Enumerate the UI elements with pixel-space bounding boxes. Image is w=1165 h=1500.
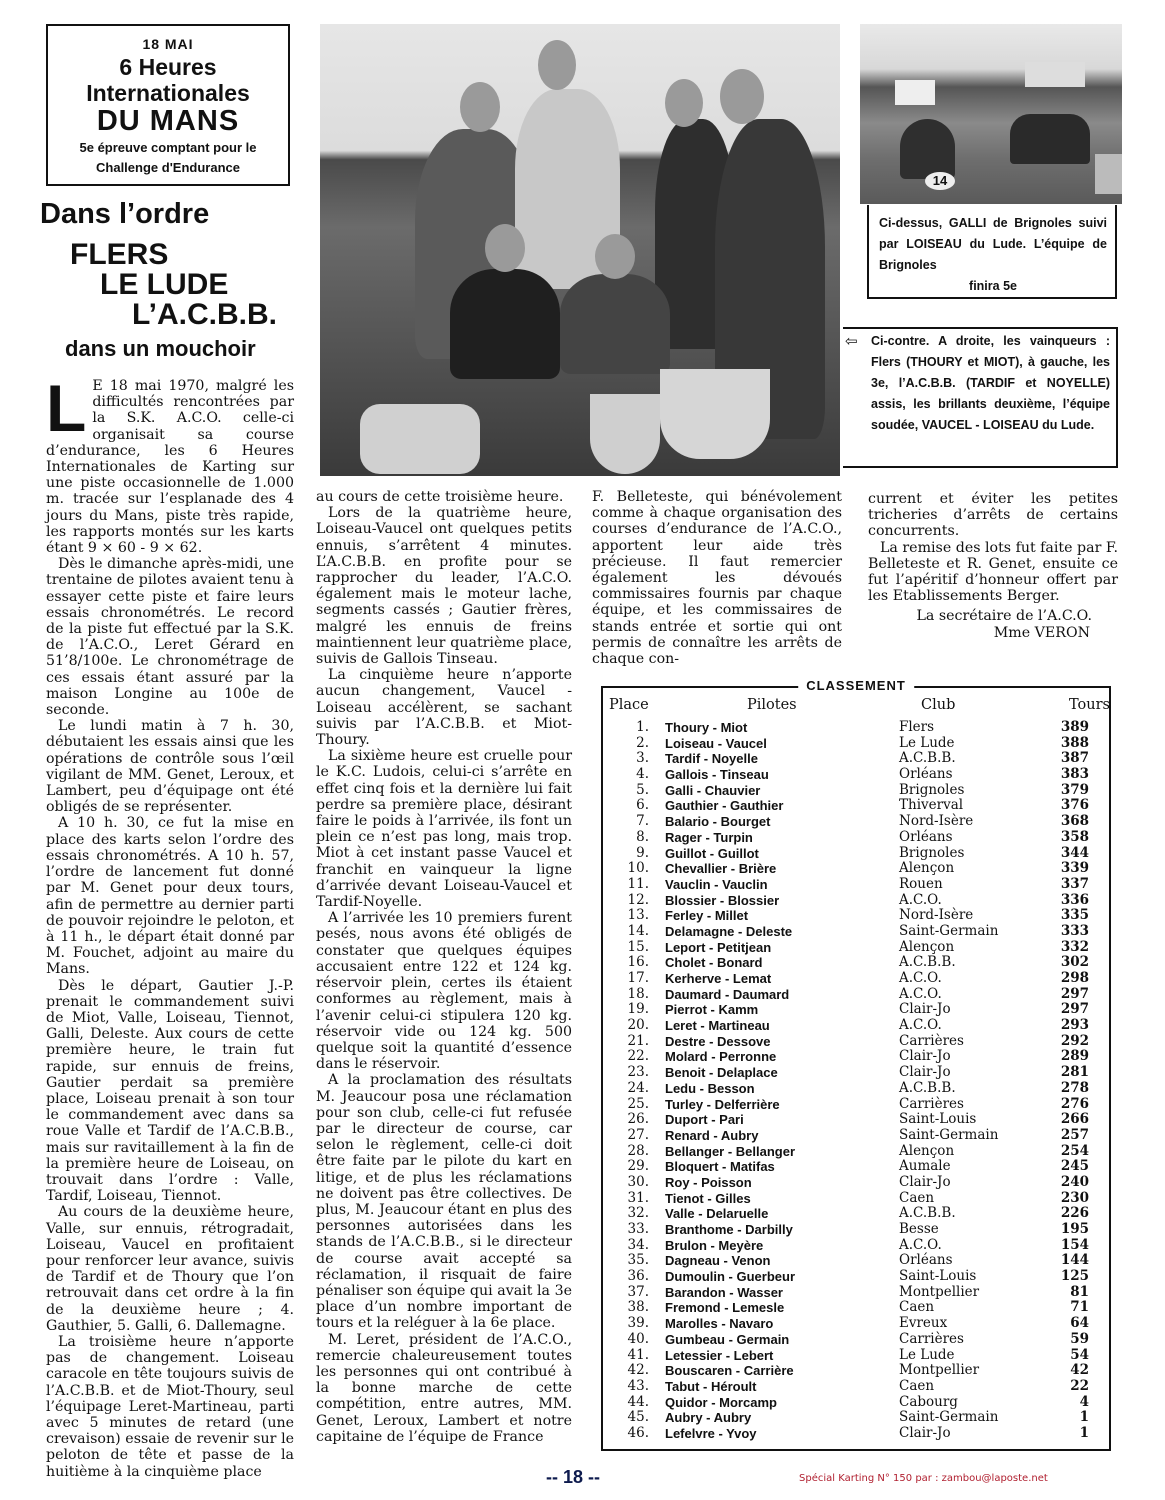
caption-top-text: Ci-dessus, GALLI de Brignoles suivi par … — [879, 216, 1107, 272]
article-paragraph: Dès le dimanche après-midi, une trentain… — [46, 556, 294, 718]
cell-place: 14. — [619, 924, 649, 940]
cell-place: 3. — [619, 751, 649, 767]
photo-person — [450, 269, 560, 379]
table-row: 43.Tabut - HéroultCaen22 — [603, 1379, 1109, 1395]
cell-place: 16. — [619, 955, 649, 971]
cell-tours: 388 — [1061, 736, 1089, 752]
photo-person — [560, 274, 670, 374]
table-row: 36.Dumoulin - GuerbeurSaint-Louis125 — [603, 1269, 1109, 1285]
cell-club: Clair-Jo — [899, 1065, 951, 1081]
cell-tours: 344 — [1061, 846, 1089, 862]
cell-pilotes: Brulon - Meyère — [665, 1238, 763, 1254]
cell-tours: 281 — [1061, 1065, 1089, 1081]
cell-tours: 4 — [1080, 1395, 1089, 1411]
cell-tours: 81 — [1070, 1285, 1089, 1301]
table-row: 8.Rager - TurpinOrléans358 — [603, 830, 1109, 846]
headline-line3: LE LUDE — [100, 268, 228, 302]
cell-club: A.C.B.B. — [899, 1081, 956, 1097]
cell-place: 8. — [619, 830, 649, 846]
cell-place: 23. — [619, 1065, 649, 1081]
cell-tours: 336 — [1061, 893, 1089, 909]
cell-tours: 337 — [1061, 877, 1089, 893]
event-info-box: 18 MAI 6 Heures Internationales DU MANS … — [46, 24, 290, 186]
article-paragraph: LE 18 mai 1970, malgré les difficultés r… — [46, 378, 294, 556]
cell-pilotes: Daumard - Daumard — [665, 987, 789, 1003]
cell-tours: 389 — [1061, 720, 1089, 736]
cell-club: Orléans — [899, 1253, 953, 1269]
cell-club: Carrières — [899, 1097, 964, 1113]
table-row: 39.Marolles - NavaroEvreux64 — [603, 1316, 1109, 1332]
cell-club: Le Lude — [899, 1348, 955, 1364]
event-title-line2: Internationales — [48, 80, 288, 106]
cell-place: 34. — [619, 1238, 649, 1254]
cell-place: 18. — [619, 987, 649, 1003]
article-paragraph: Dès le départ, Gautier J.-P. prenait le … — [46, 978, 294, 1205]
cell-pilotes: Ferley - Millet — [665, 908, 748, 924]
article-paragraph: Le lundi matin à 7 h. 30, débutaient les… — [46, 718, 294, 815]
cell-club: Brignoles — [899, 846, 964, 862]
cell-club: Besse — [899, 1222, 939, 1238]
article-paragraph: Au cours de la deuxième heure, Valle, su… — [46, 1204, 294, 1334]
cell-tours: 245 — [1061, 1159, 1089, 1175]
cell-tours: 125 — [1061, 1269, 1089, 1285]
cell-tours: 339 — [1061, 861, 1089, 877]
cell-place: 32. — [619, 1206, 649, 1222]
cell-place: 9. — [619, 846, 649, 862]
cell-club: Alençon — [899, 1144, 954, 1160]
cell-club: Evreux — [899, 1316, 947, 1332]
team-photo — [320, 24, 840, 476]
cell-pilotes: Barandon - Wasser — [665, 1285, 783, 1301]
table-row: 17.Kerherve - LematA.C.O.298 — [603, 971, 1109, 987]
article-column-2: au cours de cette troisième heure. Lors … — [316, 489, 572, 1445]
cell-pilotes: Rager - Turpin — [665, 830, 753, 846]
cell-tours: 257 — [1061, 1128, 1089, 1144]
table-row: 4.Gallois - TinseauOrléans383 — [603, 767, 1109, 783]
cell-club: Thiverval — [899, 798, 963, 814]
cell-tours: 226 — [1061, 1206, 1089, 1222]
cell-pilotes: Leret - Martineau — [665, 1018, 770, 1034]
cell-club: A.C.O. — [899, 893, 942, 909]
cell-pilotes: Letessier - Lebert — [665, 1348, 773, 1364]
cell-pilotes: Delamagne - Deleste — [665, 924, 792, 940]
cell-tours: 144 — [1061, 1253, 1089, 1269]
article-column-3: F. Belleteste, qui bénévolement comme à … — [592, 489, 842, 667]
photo-kart-driver — [900, 119, 955, 179]
cell-tours: 42 — [1070, 1363, 1089, 1379]
footer-credit: Spécial Karting N° 150 par : zambou@lapo… — [799, 1473, 1048, 1484]
cell-place: 38. — [619, 1300, 649, 1316]
cell-pilotes: Dagneau - Venon — [665, 1253, 770, 1269]
table-row: 31.Tienot - GillesCaen230 — [603, 1191, 1109, 1207]
cell-pilotes: Galli - Chauvier — [665, 783, 760, 799]
kart-race-photo: 14 — [860, 24, 1122, 204]
table-row: 45.Aubry - AubrySaint-Germain1 — [603, 1410, 1109, 1426]
table-row: 15.Leport - PetitjeanAlençon332 — [603, 940, 1109, 956]
cell-tours: 276 — [1061, 1097, 1089, 1113]
cell-tours: 230 — [1061, 1191, 1089, 1207]
cell-club: Saint-Germain — [899, 924, 998, 940]
cell-place: 24. — [619, 1081, 649, 1097]
table-row: 24.Ledu - BessonA.C.B.B.278 — [603, 1081, 1109, 1097]
cell-pilotes: Lefelvre - Yvoy — [665, 1426, 757, 1442]
photo-caption-top: Ci-dessus, GALLI de Brignoles suivi par … — [867, 205, 1117, 299]
event-title-line1: 6 Heures — [48, 54, 288, 80]
table-row: 27.Renard - AubrySaint-Germain257 — [603, 1128, 1109, 1144]
article-paragraph: F. Belleteste, qui bénévolement comme à … — [592, 489, 842, 667]
cell-tours: 54 — [1070, 1348, 1089, 1364]
cell-place: 10. — [619, 861, 649, 877]
event-date: 18 MAI — [48, 36, 288, 52]
table-row: 35.Dagneau - VenonOrléans144 — [603, 1253, 1109, 1269]
cell-pilotes: Loiseau - Vaucel — [665, 736, 767, 752]
cell-tours: 22 — [1070, 1379, 1089, 1395]
cell-place: 15. — [619, 940, 649, 956]
cell-pilotes: Valle - Delaruelle — [665, 1206, 768, 1222]
cell-pilotes: Ledu - Besson — [665, 1081, 755, 1097]
cell-place: 44. — [619, 1395, 649, 1411]
table-row: 44.Quidor - MorcampCabourg4 — [603, 1395, 1109, 1411]
cell-place: 6. — [619, 798, 649, 814]
photo-house — [895, 80, 935, 105]
cell-place: 46. — [619, 1426, 649, 1442]
photo-bouquet — [590, 394, 660, 474]
cell-club: Saint-Louis — [899, 1112, 976, 1128]
cell-tours: 1 — [1080, 1410, 1089, 1426]
article-paragraph: A la proclamation des résultats M. Jeauc… — [316, 1072, 572, 1331]
table-row: 7.Balario - BourgetNord-Isère368 — [603, 814, 1109, 830]
cell-place: 20. — [619, 1018, 649, 1034]
article-paragraph: La cinquième heure n’apporte aucun chang… — [316, 667, 572, 748]
cell-place: 27. — [619, 1128, 649, 1144]
cell-place: 41. — [619, 1348, 649, 1364]
cell-pilotes: Roy - Poisson — [665, 1175, 752, 1191]
cell-club: Caen — [899, 1379, 934, 1395]
cell-pilotes: Tabut - Héroult — [665, 1379, 756, 1395]
cell-place: 5. — [619, 783, 649, 799]
cell-pilotes: Branthome - Darbilly — [665, 1222, 793, 1238]
cell-pilotes: Benoit - Delaplace — [665, 1065, 778, 1081]
table-row: 33.Branthome - DarbillyBesse195 — [603, 1222, 1109, 1238]
signature-name: Mme VERON — [868, 625, 1118, 641]
cell-place: 31. — [619, 1191, 649, 1207]
cell-place: 22. — [619, 1049, 649, 1065]
cell-place: 2. — [619, 736, 649, 752]
article-paragraph: La sixième heure est cruelle pour le K.C… — [316, 748, 572, 910]
table-row: 11.Vauclin - VauclinRouen337 — [603, 877, 1109, 893]
cell-club: Flers — [899, 720, 934, 736]
drop-cap: L — [46, 380, 86, 436]
cell-pilotes: Balario - Bourget — [665, 814, 770, 830]
cell-club: Clair-Jo — [899, 1426, 951, 1442]
cell-pilotes: Duport - Pari — [665, 1112, 744, 1128]
cell-place: 39. — [619, 1316, 649, 1332]
table-row: 12.Blossier - BlossierA.C.O.336 — [603, 893, 1109, 909]
cell-place: 4. — [619, 767, 649, 783]
photo-house — [1025, 62, 1085, 87]
cell-pilotes: Molard - Perronne — [665, 1049, 776, 1065]
cell-pilotes: Gauthier - Gauthier — [665, 798, 783, 814]
photo-person-head — [485, 224, 525, 272]
cell-tours: 302 — [1061, 955, 1089, 971]
cell-place: 25. — [619, 1097, 649, 1113]
cell-club: Nord-Isère — [899, 814, 973, 830]
cell-tours: 383 — [1061, 767, 1089, 783]
article-paragraph: La remise des lots fut faite par F. Bell… — [868, 540, 1118, 605]
cell-pilotes: Blossier - Blossier — [665, 893, 779, 909]
table-row: 6.Gauthier - GauthierThiverval376 — [603, 798, 1109, 814]
cell-pilotes: Aubry - Aubry — [665, 1410, 751, 1426]
cell-club: A.C.B.B. — [899, 751, 956, 767]
signature-title: La secrétaire de l’A.C.O. — [868, 608, 1118, 624]
table-row: 25.Turley - DelferrièreCarrières276 — [603, 1097, 1109, 1113]
cell-place: 35. — [619, 1253, 649, 1269]
table-row: 1.Thoury - MiotFlers389 — [603, 720, 1109, 736]
cell-club: A.C.B.B. — [899, 1206, 956, 1222]
cell-tours: 59 — [1070, 1332, 1089, 1348]
photo-person-head — [595, 234, 635, 279]
cell-place: 13. — [619, 908, 649, 924]
cell-place: 7. — [619, 814, 649, 830]
cell-tours: 333 — [1061, 924, 1089, 940]
caption-top-last: finira 5e — [879, 276, 1107, 297]
photo-bouquet — [360, 404, 480, 474]
cell-club: Carrières — [899, 1332, 964, 1348]
cell-place: 1. — [619, 720, 649, 736]
table-row: 13.Ferley - MilletNord-Isère335 — [603, 908, 1109, 924]
table-row: 9.Guillot - GuillotBrignoles344 — [603, 846, 1109, 862]
cell-place: 42. — [619, 1363, 649, 1379]
article-paragraph: A l’arrivée les 10 premiers furent pesés… — [316, 910, 572, 1072]
header-pilotes: Pilotes — [747, 697, 797, 713]
cell-tours: 64 — [1070, 1316, 1089, 1332]
cell-pilotes: Quidor - Morcamp — [665, 1395, 777, 1411]
cell-tours: 298 — [1061, 971, 1089, 987]
cell-pilotes: Cholet - Bonard — [665, 955, 763, 971]
cell-place: 33. — [619, 1222, 649, 1238]
cell-place: 21. — [619, 1034, 649, 1050]
article-paragraph: A 10 h. 30, ce fut la mise en place des … — [46, 815, 294, 977]
cell-tours: 297 — [1061, 987, 1089, 1003]
event-subtitle-line2: Challenge d'Endurance — [48, 158, 288, 178]
cell-place: 19. — [619, 1002, 649, 1018]
cell-club: A.C.B.B. — [899, 955, 956, 971]
cell-place: 26. — [619, 1112, 649, 1128]
cell-tours: 154 — [1061, 1238, 1089, 1254]
cell-pilotes: Leport - Petitjean — [665, 940, 771, 956]
table-row: 16.Cholet - BonardA.C.B.B.302 — [603, 955, 1109, 971]
cell-pilotes: Gumbeau - Germain — [665, 1332, 789, 1348]
cell-club: Rouen — [899, 877, 943, 893]
cell-place: 43. — [619, 1379, 649, 1395]
cell-club: Alençon — [899, 861, 954, 877]
cell-tours: 289 — [1061, 1049, 1089, 1065]
cell-pilotes: Vauclin - Vauclin — [665, 877, 768, 893]
cell-pilotes: Fremond - Lemesle — [665, 1300, 784, 1316]
cell-pilotes: Pierrot - Kamm — [665, 1002, 758, 1018]
cell-pilotes: Tardif - Noyelle — [665, 751, 758, 767]
photo-person-head — [665, 79, 703, 127]
cell-club: A.C.O. — [899, 1238, 942, 1254]
cell-place: 28. — [619, 1144, 649, 1160]
cell-pilotes: Gallois - Tinseau — [665, 767, 769, 783]
cell-tours: 368 — [1061, 814, 1089, 830]
page-number: -- 18 -- — [546, 1467, 600, 1488]
article-paragraph: au cours de cette troisième heure. — [316, 489, 572, 505]
table-row: 18.Daumard - DaumardA.C.O.297 — [603, 987, 1109, 1003]
cell-club: Saint-Germain — [899, 1128, 998, 1144]
cell-club: Clair-Jo — [899, 1002, 951, 1018]
photo-person-head — [720, 69, 764, 124]
event-title-line3: DU MANS — [48, 106, 288, 136]
cell-club: A.C.O. — [899, 1018, 942, 1034]
cell-place: 37. — [619, 1285, 649, 1301]
cell-tours: 240 — [1061, 1175, 1089, 1191]
headline-line1: Dans l’ordre — [40, 198, 209, 231]
cell-club: Aumale — [899, 1159, 951, 1175]
cell-place: 29. — [619, 1159, 649, 1175]
cell-place: 11. — [619, 877, 649, 893]
cell-tours: 335 — [1061, 908, 1089, 924]
table-row: 37.Barandon - WasserMontpellier81 — [603, 1285, 1109, 1301]
cell-tours: 332 — [1061, 940, 1089, 956]
table-row: 21.Destre - DessoveCarrières292 — [603, 1034, 1109, 1050]
cell-pilotes: Bellanger - Bellanger — [665, 1144, 795, 1160]
article-paragraph: M. Leret, président de l’A.C.O., remerci… — [316, 1332, 572, 1445]
table-row: 28.Bellanger - BellangerAlençon254 — [603, 1144, 1109, 1160]
article-paragraph: Lors de la quatrième heure, Loiseau-Vauc… — [316, 505, 572, 667]
caption-bottom-text: Ci-contre. A droite, les vainqueurs : Fl… — [871, 334, 1110, 432]
cell-tours: 358 — [1061, 830, 1089, 846]
results-table: CLASSEMENT Place Pilotes Club Tours 1.Th… — [601, 686, 1111, 1451]
table-row: 23.Benoit - DelaplaceClair-Jo281 — [603, 1065, 1109, 1081]
cell-tours: 297 — [1061, 1002, 1089, 1018]
cell-club: A.C.O. — [899, 971, 942, 987]
cell-pilotes: Tienot - Gilles — [665, 1191, 751, 1207]
cell-club: A.C.O. — [899, 987, 942, 1003]
cell-pilotes: Thoury - Miot — [665, 720, 747, 736]
photo-caption-bottom: ⇦ Ci-contre. A droite, les vainqueurs : … — [843, 327, 1118, 468]
cell-tours: 195 — [1061, 1222, 1089, 1238]
cell-club: Nord-Isère — [899, 908, 973, 924]
cell-place: 45. — [619, 1410, 649, 1426]
cell-club: Clair-Jo — [899, 1175, 951, 1191]
cell-tours: 71 — [1070, 1300, 1089, 1316]
table-row: 3.Tardif - NoyelleA.C.B.B.387 — [603, 751, 1109, 767]
photo-kart-driver — [1010, 114, 1090, 164]
cell-club: Clair-Jo — [899, 1049, 951, 1065]
cell-club: Caen — [899, 1191, 934, 1207]
table-row: 29.Bloquert - MatifasAumale245 — [603, 1159, 1109, 1175]
table-row: 34.Brulon - MeyèreA.C.O.154 — [603, 1238, 1109, 1254]
cell-club: Cabourg — [899, 1395, 958, 1411]
cell-pilotes: Destre - Dessove — [665, 1034, 771, 1050]
table-row: 5.Galli - ChauvierBrignoles379 — [603, 783, 1109, 799]
cell-club: Montpellier — [899, 1363, 979, 1379]
cell-tours: 1 — [1080, 1426, 1089, 1442]
table-row: 10.Chevallier - BrièreAlençon339 — [603, 861, 1109, 877]
arrow-left-icon: ⇦ — [845, 331, 858, 352]
cell-tours: 387 — [1061, 751, 1089, 767]
cell-club: Montpellier — [899, 1285, 979, 1301]
cell-pilotes: Guillot - Guillot — [665, 846, 759, 862]
cell-place: 12. — [619, 893, 649, 909]
cell-place: 36. — [619, 1269, 649, 1285]
table-row: 41.Letessier - LebertLe Lude54 — [603, 1348, 1109, 1364]
cell-club: Saint-Germain — [899, 1410, 998, 1426]
cell-club: Carrières — [899, 1034, 964, 1050]
cell-pilotes: Turley - Delferrière — [665, 1097, 780, 1113]
cell-club: Saint-Louis — [899, 1269, 976, 1285]
cell-place: 30. — [619, 1175, 649, 1191]
table-row: 30.Roy - PoissonClair-Jo240 — [603, 1175, 1109, 1191]
table-row: 40.Gumbeau - GermainCarrières59 — [603, 1332, 1109, 1348]
table-row: 46.Lefelvre - YvoyClair-Jo1 — [603, 1426, 1109, 1442]
photo-bouquet — [660, 369, 770, 459]
results-table-header: Place Pilotes Club Tours — [603, 697, 1109, 717]
cell-club: Alençon — [899, 940, 954, 956]
photo-hay-bale — [1095, 154, 1122, 194]
cell-club: Brignoles — [899, 783, 964, 799]
cell-tours: 292 — [1061, 1034, 1089, 1050]
table-row: 19.Pierrot - KammClair-Jo297 — [603, 1002, 1109, 1018]
header-place: Place — [609, 697, 649, 713]
table-row: 26.Duport - PariSaint-Louis266 — [603, 1112, 1109, 1128]
cell-club: Orléans — [899, 767, 953, 783]
cell-tours: 266 — [1061, 1112, 1089, 1128]
photo-person-head — [460, 82, 500, 132]
cell-pilotes: Bloquert - Matifas — [665, 1159, 775, 1175]
header-club: Club — [921, 697, 955, 713]
headline-line5: dans un mouchoir — [65, 336, 256, 362]
kart-number: 14 — [925, 172, 955, 190]
table-row: 32.Valle - DelaruelleA.C.B.B.226 — [603, 1206, 1109, 1222]
cell-tours: 278 — [1061, 1081, 1089, 1097]
cell-place: 17. — [619, 971, 649, 987]
cell-tours: 254 — [1061, 1144, 1089, 1160]
table-row: 14.Delamagne - DelesteSaint-Germain333 — [603, 924, 1109, 940]
cell-tours: 376 — [1061, 798, 1089, 814]
cell-club: Orléans — [899, 830, 953, 846]
cell-pilotes: Bouscaren - Carrière — [665, 1363, 794, 1379]
cell-place: 40. — [619, 1332, 649, 1348]
cell-tours: 293 — [1061, 1018, 1089, 1034]
header-tours: Tours — [1069, 697, 1110, 713]
headline-line2: FLERS — [70, 238, 168, 272]
cell-pilotes: Renard - Aubry — [665, 1128, 758, 1144]
cell-pilotes: Kerherve - Lemat — [665, 971, 771, 987]
table-row: 22.Molard - PerronneClair-Jo289 — [603, 1049, 1109, 1065]
table-row: 2.Loiseau - VaucelLe Lude388 — [603, 736, 1109, 752]
headline-line4: L’A.C.B.B. — [132, 298, 277, 332]
cell-pilotes: Dumoulin - Guerbeur — [665, 1269, 795, 1285]
article-column-1: LE 18 mai 1970, malgré les difficultés r… — [46, 378, 294, 1480]
table-row: 42.Bouscaren - CarrièreMontpellier42 — [603, 1363, 1109, 1379]
results-table-title: CLASSEMENT — [798, 678, 914, 693]
table-row: 38.Fremond - LemesleCaen71 — [603, 1300, 1109, 1316]
article-paragraph: current et éviter les petites tricheries… — [868, 491, 1118, 540]
table-row: 20.Leret - MartineauA.C.O.293 — [603, 1018, 1109, 1034]
cell-pilotes: Marolles - Navaro — [665, 1316, 773, 1332]
results-table-body: 1.Thoury - MiotFlers3892.Loiseau - Vauce… — [603, 720, 1109, 1442]
event-subtitle-line1: 5e épreuve comptant pour le — [48, 138, 288, 158]
article-paragraph: La troisième heure n’apporte pas de chan… — [46, 1334, 294, 1480]
cell-club: Le Lude — [899, 736, 955, 752]
cell-pilotes: Chevallier - Brière — [665, 861, 776, 877]
cell-tours: 379 — [1061, 783, 1089, 799]
cell-club: Caen — [899, 1300, 934, 1316]
article-column-4: current et éviter les petites tricheries… — [868, 491, 1118, 641]
